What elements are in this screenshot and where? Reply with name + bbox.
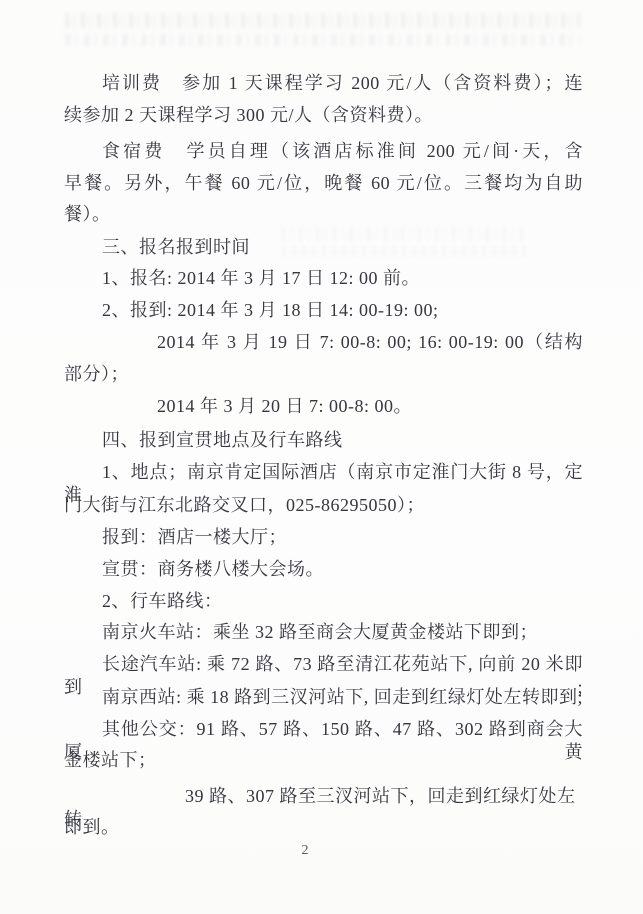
doc-line: 早餐。另外，午餐 60 元/位，晚餐 60 元/位。三餐均为自助 [64,172,583,195]
doc-line: 2014 年 3 月 19 日 7: 00-8: 00; 16: 00-19: … [64,331,583,354]
doc-line: 报到：酒店一楼大厅； [64,526,583,549]
doc-line: 金楼站下； [64,749,583,772]
doc-line: 2、行车路线： [64,590,583,613]
doc-line: 培训费 参加 1 天课程学习 200 元/人（含资料费）；连 [64,72,583,95]
bleedthrough-artifact-top [66,7,580,51]
doc-line: 南京火车站：乘坐 32 路至商会大厦黄金楼站下即到； [64,621,583,644]
doc-line: 续参加 2 天课程学习 300 元/人（含资料费）。 [64,104,583,127]
doc-line: 2014 年 3 月 20 日 7: 00-8: 00。 [64,395,583,418]
doc-line: 门大街与江东北路交叉口，025-86295050）； [64,494,583,517]
doc-line: 部分）； [64,363,583,386]
doc-line: 餐）。 [64,203,583,226]
doc-line: 三、报名报到时间 [64,236,583,259]
doc-line: 2、报到: 2014 年 3 月 18 日 14: 00-19: 00; [64,299,583,322]
doc-line: 1、报名: 2014 年 3 月 17 日 12: 00 前。 [64,267,583,290]
page-number: 2 [290,843,320,859]
doc-line: 即到。 [64,816,583,839]
doc-line: 四、报到宣贯地点及行车路线 [64,429,583,452]
doc-line: 宣贯：商务楼八楼大会场。 [64,558,583,581]
scanned-document-page: 培训费 参加 1 天课程学习 200 元/人（含资料费）；连续参加 2 天课程学… [0,0,643,914]
doc-line: 食宿费 学员自理（该酒店标准间 200 元/间·天，含 [64,140,583,163]
doc-line: 南京西站: 乘 18 路到三汊河站下, 回走到红绿灯处左转即到; [64,686,583,709]
